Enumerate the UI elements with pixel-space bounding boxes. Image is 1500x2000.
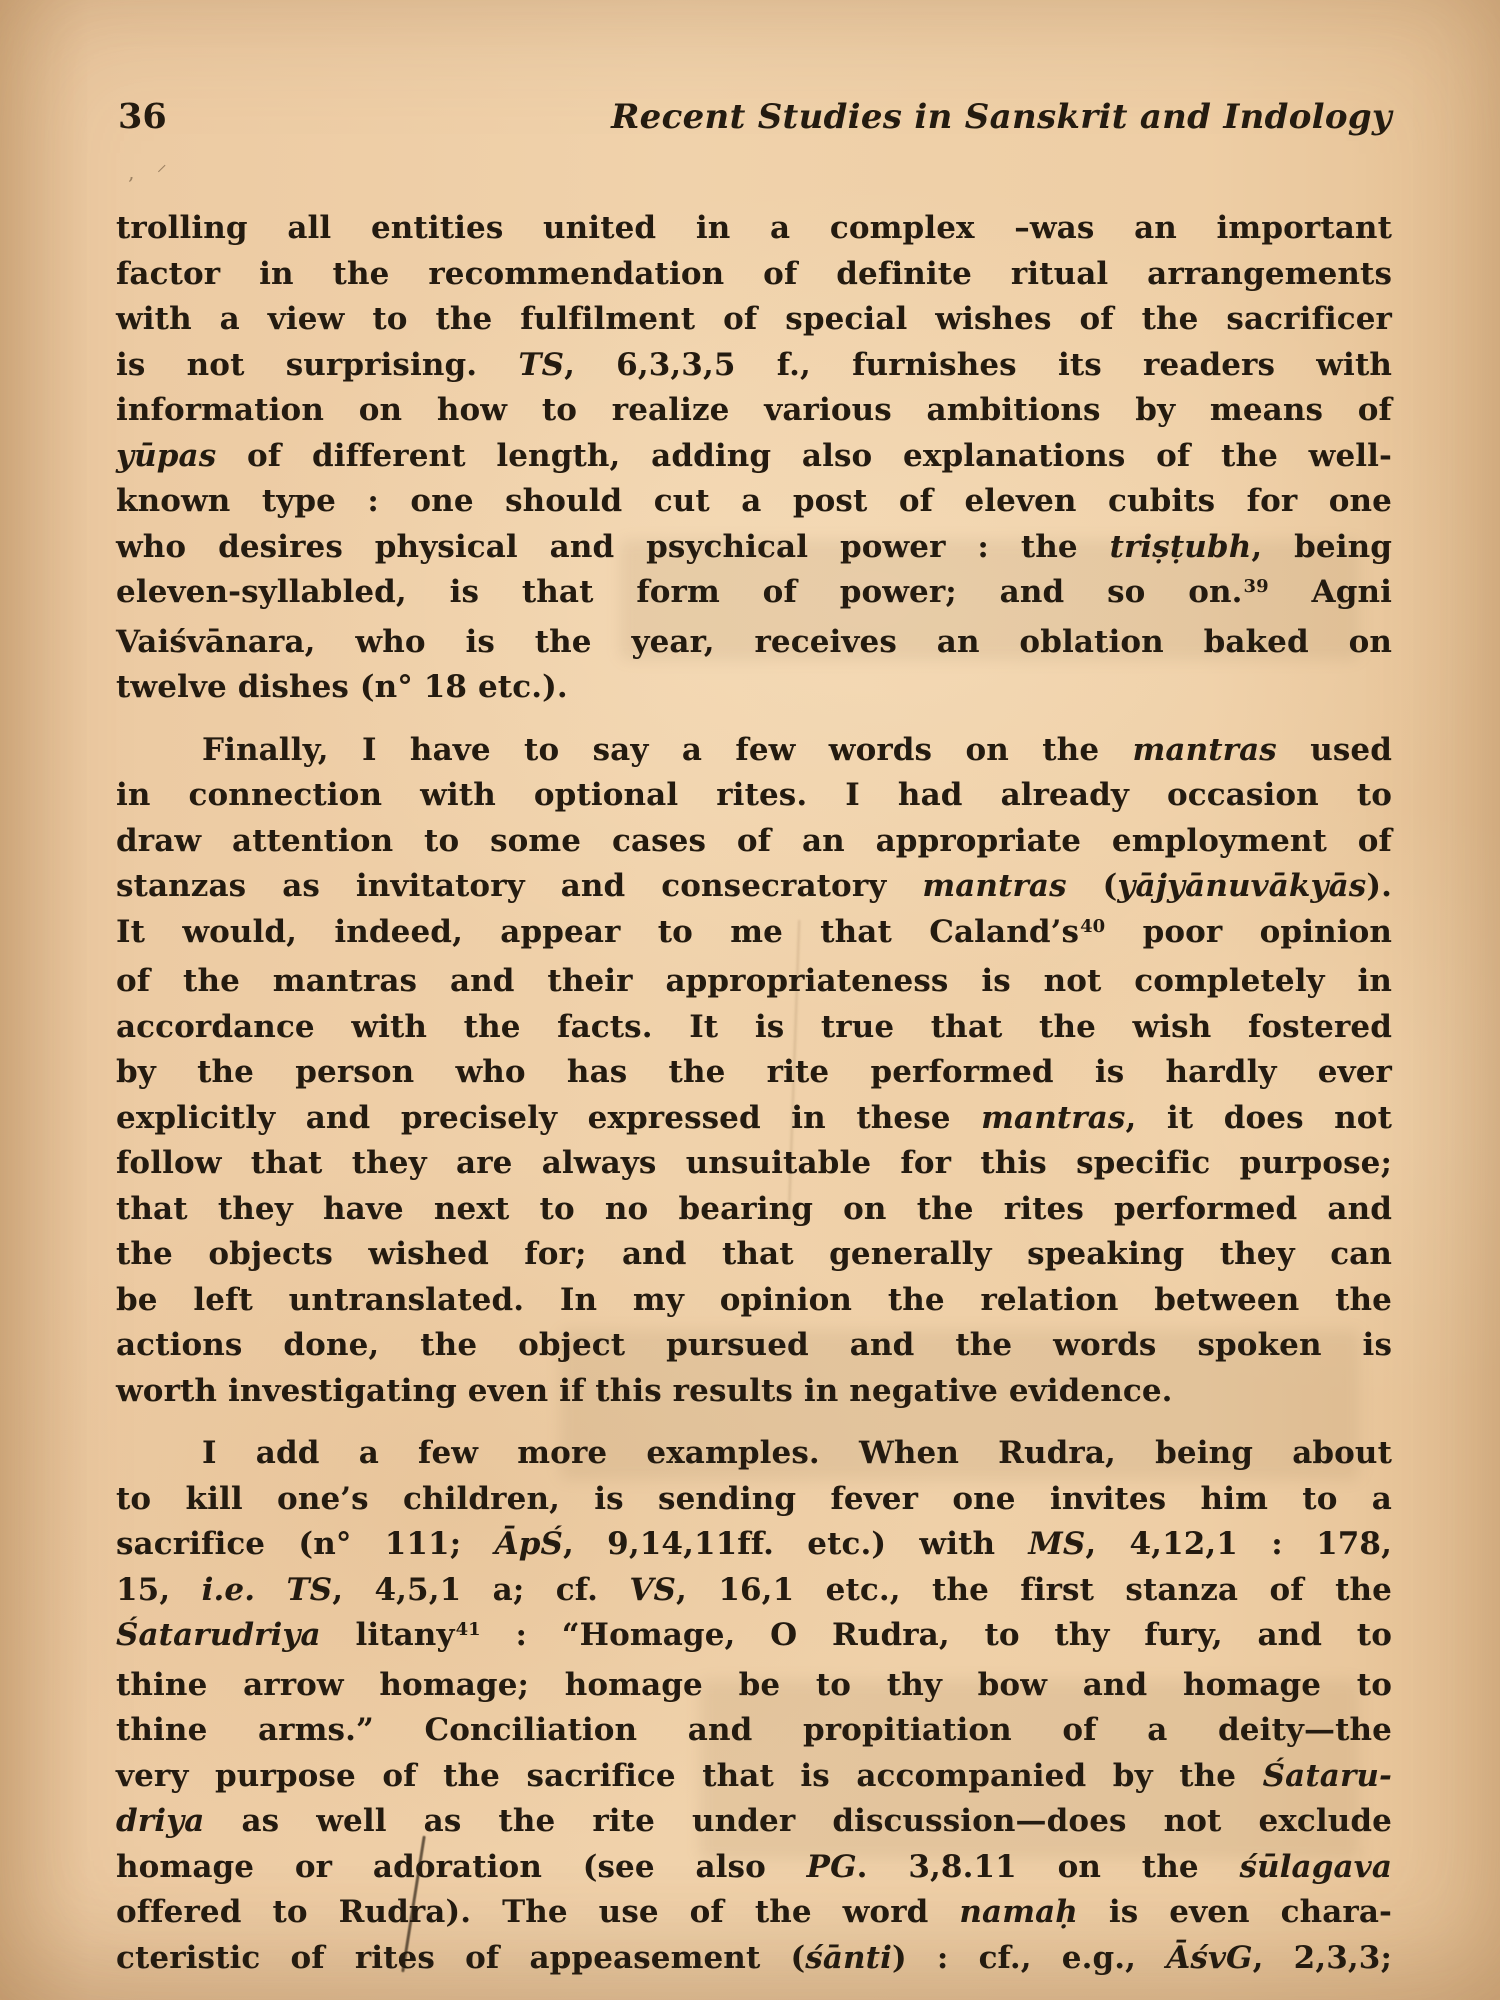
text-line: twelve dishes (n° 18 etc.). [116,665,1392,711]
text-line: Vaiśvānara, who is the year, receives an… [116,620,1392,666]
page-header: 36 Recent Studies in Sanskrit and Indolo… [118,96,1392,137]
paper-speck: ‚ ⸍ [128,158,175,185]
paragraph: I add a few more examples. When Rudra, b… [116,1431,1392,1981]
text-line: factor in the recommendation of definite… [116,252,1392,298]
text-line: thine arms.” Conciliation and propitiati… [116,1708,1392,1754]
footnote-reference: 41 [456,1619,481,1640]
text-line: 15, i.e. TS, 4,5,1 a; cf. VS, 16,1 etc.,… [116,1568,1392,1614]
text-line: that they have next to no bearing on the… [116,1187,1392,1233]
paragraph: Finally, I have to say a few words on th… [116,728,1392,1415]
text-line: very purpose of the sacrifice that is ac… [116,1754,1392,1800]
text-line: thine arrow homage; homage be to thy bow… [116,1663,1392,1709]
text-line: actions done, the object pursued and the… [116,1323,1392,1369]
text-line: draw attention to some cases of an appro… [116,819,1392,865]
text-line: eleven-syllabled, is that form of power;… [116,570,1392,620]
text-line: sacrifice (n° 111; ĀpŚ, 9,14,11ff. etc.)… [116,1522,1392,1568]
text-line: worth investigating even if this results… [116,1369,1392,1415]
text-line: information on how to realize various am… [116,388,1392,434]
text-line: to kill one’s children, is sending fever… [116,1477,1392,1523]
footnote-reference: 40 [1080,916,1105,937]
text-line: explicitly and precisely expressed in th… [116,1096,1392,1142]
text-line: yūpas of different length, adding also e… [116,434,1392,480]
paper-background: ‚ ⸍ 36 Recent Studies in Sanskrit and In… [0,0,1500,2000]
text-line: follow that they are always unsuitable f… [116,1141,1392,1187]
text-line: by the person who has the rite performed… [116,1050,1392,1096]
text-line: homage or adoration (see also PG. 3,8.11… [116,1845,1392,1891]
text-line: trolling all entities united in a comple… [116,206,1392,252]
text-line: who desires physical and psychical power… [116,525,1392,571]
text-line: known type : one should cut a post of el… [116,479,1392,525]
text-line: the objects wished for; and that general… [116,1232,1392,1278]
text-line: of the mantras and their appropriateness… [116,959,1392,1005]
text-line: offered to Rudra). The use of the word n… [116,1890,1392,1936]
paragraph: trolling all entities united in a comple… [116,206,1392,711]
text-line: cteristic of rites of appeasement (śānti… [116,1936,1392,1982]
text-line: stanzas as invitatory and consecratory m… [116,864,1392,910]
text-line: It would, indeed, appear to me that Cala… [116,910,1392,960]
text-line: Śatarudriya litany41 : “Homage, O Rudra,… [116,1613,1392,1663]
scanned-book-page: { "colors": { "paper": "#ecca9f", "ink":… [0,0,1500,2000]
text-line: accordance with the facts. It is true th… [116,1005,1392,1051]
text-line: in connection with optional rites. I had… [116,773,1392,819]
footnote-reference: 39 [1244,576,1269,597]
text-line: with a view to the fulfilment of special… [116,297,1392,343]
text-line: is not surprising. TS, 6,3,3,5 f., furni… [116,343,1392,389]
page-number: 36 [118,96,167,137]
text-line: driya as well as the rite under discussi… [116,1799,1392,1845]
running-title: Recent Studies in Sanskrit and Indology [611,97,1392,137]
text-block: trolling all entities united in a comple… [116,206,1392,1981]
text-line: be left untranslated. In my opinion the … [116,1278,1392,1324]
text-line: Finally, I have to say a few words on th… [116,728,1392,774]
text-line: I add a few more examples. When Rudra, b… [116,1431,1392,1477]
